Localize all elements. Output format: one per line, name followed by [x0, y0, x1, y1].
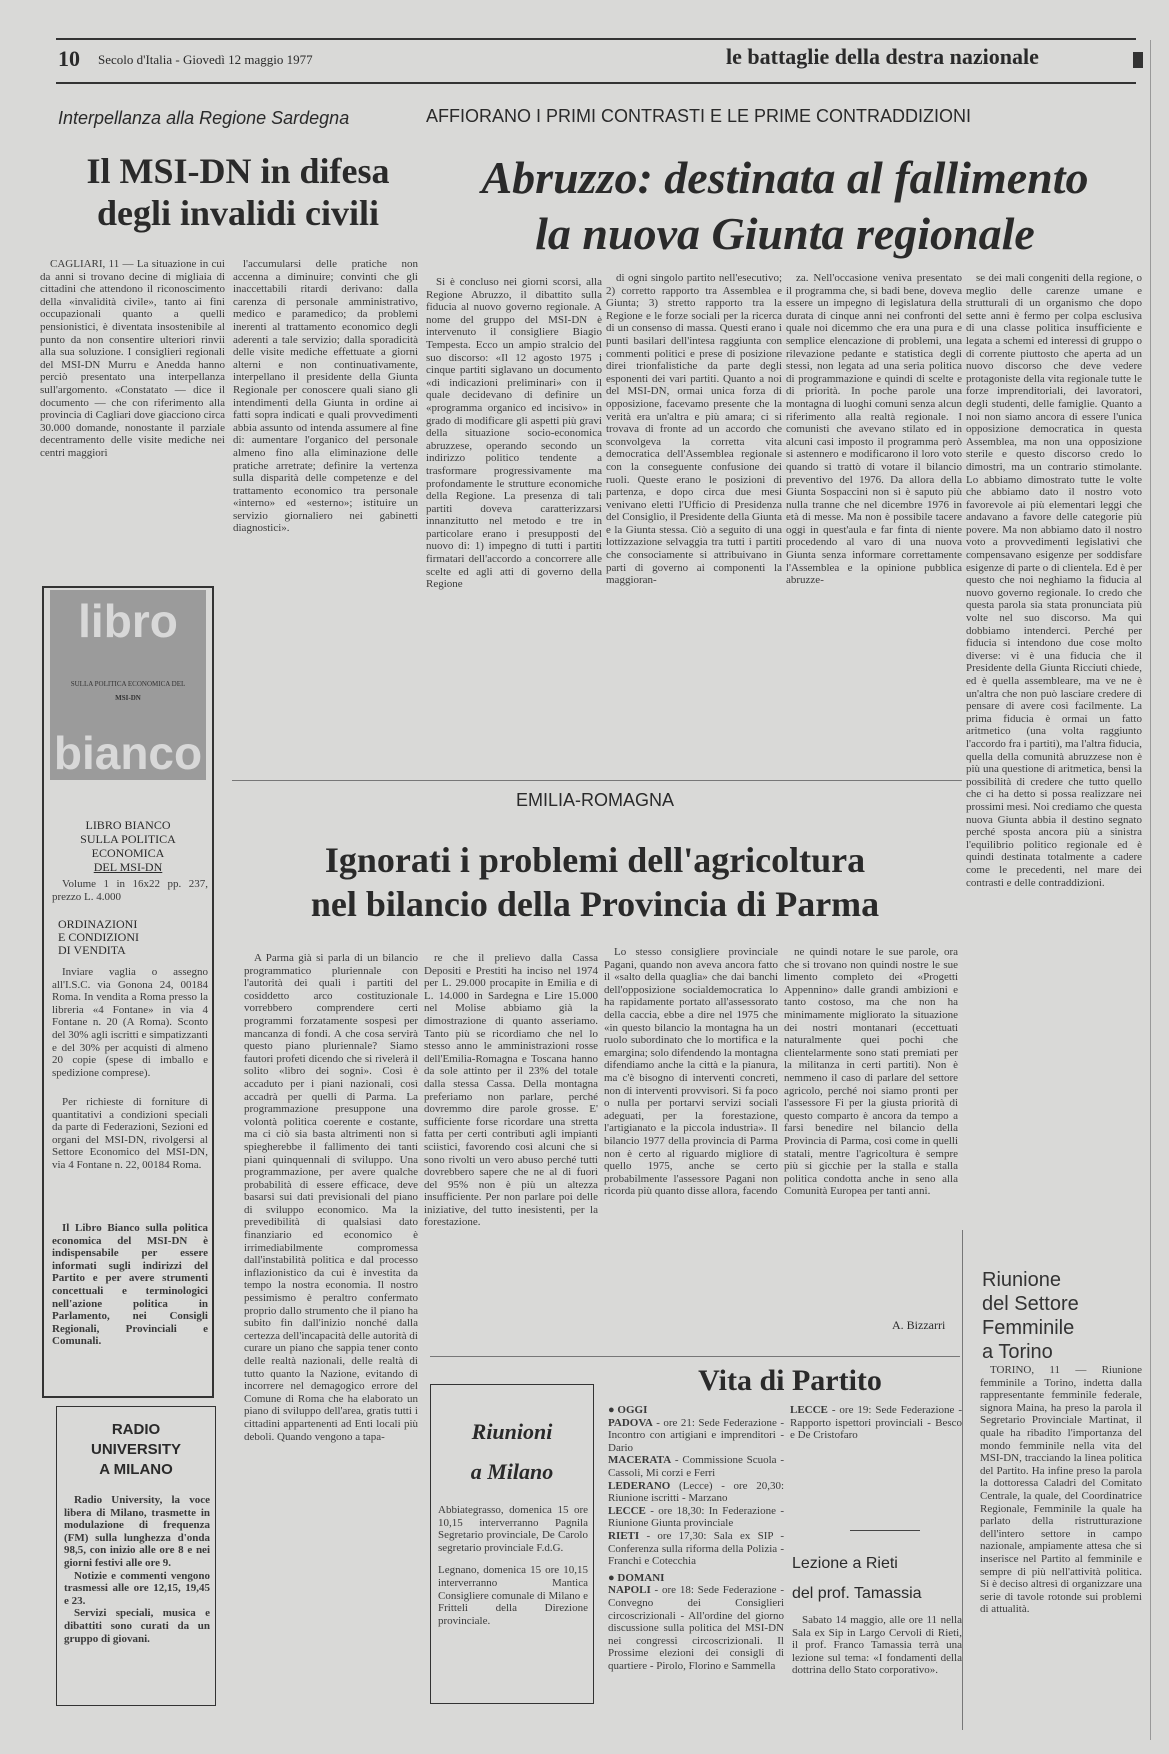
radio-university-text: Radio University, la voce libera di Mila…: [64, 1494, 210, 1694]
article-text: Lo stesso consigliere provinciale Pagani…: [604, 946, 778, 1198]
orders-paragraph: Inviare vaglia o assegno all'I.S.C. via …: [52, 966, 208, 1079]
cover-word-bottom: bianco: [50, 726, 206, 780]
list-item: NAPOLI - ore 18: Sede Federazione - Conv…: [608, 1584, 784, 1672]
headline-abruzzo: Abruzzo: destinata al fallimento la nuov…: [440, 150, 1130, 262]
article-abruzzo-col-1: Si è concluso nei giorni scorsi, alla Re…: [426, 276, 602, 776]
city: MACERATA: [608, 1454, 671, 1466]
article-text: A Parma già si parla di un bilancio prog…: [244, 952, 418, 1443]
title-line: Lezione a Rieti: [792, 1552, 922, 1576]
title-line: a Torino: [982, 1340, 1079, 1364]
masthead-top-rule: [56, 38, 1136, 40]
title-line: a Milano: [434, 1452, 590, 1492]
federations-paragraph: Per richieste di forniture di quantitati…: [52, 1096, 208, 1172]
article-text: se dei mali congeniti della regione, o m…: [966, 272, 1142, 889]
list-item: RIETI - ore 17,30: Sala ex SIP - Confere…: [608, 1530, 784, 1568]
radio-paragraph: Servizi speciali, musica e dibattiti son…: [64, 1607, 210, 1645]
list-item: PADOVA - ore 21: Sede Federazione - Inco…: [608, 1417, 784, 1455]
lezione-paragraph: Sabato 14 maggio, alle ore 11 nella Sala…: [792, 1614, 962, 1677]
headline-msi-invalidi: Il MSI-DN in difesa degli invalidi civil…: [58, 150, 418, 234]
riunioni-milano-text: Abbiategrasso, domenica 15 ore 10,15 int…: [438, 1504, 588, 1694]
article-parma-col-4: ne quindi notare le sue parole, ora che …: [784, 946, 958, 1316]
section-divider: [850, 1530, 920, 1531]
list-item: LEDERANO (Lecce) - ore 20,30: Riunione i…: [608, 1480, 784, 1505]
lezione-rieti-text: Sabato 14 maggio, alle ore 11 nella Sala…: [792, 1614, 962, 1714]
lezione-rieti-title: Lezione a Rieti del prof. Tamassia: [792, 1552, 922, 1606]
heading-line: DI VENDITA: [58, 944, 139, 957]
title-line: Riunioni: [434, 1412, 590, 1452]
city: RIETI: [608, 1530, 639, 1542]
headline-line-2: la nuova Giunta regionale: [440, 206, 1130, 262]
oggi-label-text: OGGI: [617, 1404, 647, 1416]
title-line: del prof. Tamassia: [792, 1582, 922, 1606]
kicker-emilia-romagna: EMILIA-ROMAGNA: [230, 790, 960, 811]
article-text: Si è concluso nei giorni scorsi, alla Re…: [426, 276, 602, 591]
orders-text: Inviare vaglia o assegno all'I.S.C. via …: [52, 966, 208, 1088]
headline-line-1: Abruzzo: destinata al fallimento: [440, 150, 1130, 206]
city: LECCE: [608, 1505, 646, 1517]
section-divider: [232, 780, 962, 781]
riunioni-paragraph: Legnano, domenica 15 ore 10,15 interverr…: [438, 1564, 588, 1627]
article-signature: A. Bizzarri: [892, 1318, 945, 1333]
orders-heading: ORDINAZIONI E CONDIZIONI DI VENDITA: [58, 918, 139, 957]
vita-di-partito-col-2: LECCE - ore 19: Sede Federazione - Rappo…: [790, 1404, 962, 1504]
kicker-abruzzo: AFFIORANO I PRIMI CONTRASTI E LE PRIME C…: [426, 106, 971, 127]
torino-paragraph: TORINO, 11 — Riunione femminile a Torino…: [980, 1364, 1142, 1616]
kicker-sardegna: Interpellanza alla Regione Sardegna: [58, 108, 349, 129]
title-line: del Settore: [982, 1292, 1079, 1316]
closing-paragraph: Il Libro Bianco sulla politica economica…: [52, 1222, 208, 1348]
publication-date: Secolo d'Italia - Giovedì 12 maggio 1977: [98, 52, 313, 68]
closing-text: Il Libro Bianco sulla politica economica…: [52, 1222, 208, 1392]
title-line: UNIVERSITY: [60, 1440, 212, 1460]
article-text: l'accumularsi delle pratiche non accenna…: [233, 258, 418, 535]
article-text: re che il prelievo dalla Cassa Depositi …: [424, 952, 598, 1229]
article-text: CAGLIARI, 11 — La situazione in cui da a…: [40, 258, 225, 460]
domani-label: ● DOMANI: [608, 1572, 784, 1585]
article-msi-col-2: l'accumularsi delle pratiche non accenna…: [233, 258, 418, 818]
masthead-bottom-rule: [56, 82, 1136, 84]
title-line: Femminile: [982, 1316, 1079, 1340]
title-line: A MILANO: [60, 1460, 212, 1480]
volume-text: Volume 1 in 16x22 pp. 237, prezzo L. 4.0…: [52, 878, 208, 903]
column-rule: [962, 1230, 963, 1730]
city: NAPOLI: [608, 1584, 651, 1596]
article-text: za. Nell'occasione veniva presentato il …: [786, 272, 962, 587]
riunioni-milano-title: Riunioni a Milano: [434, 1412, 590, 1492]
city: PADOVA: [608, 1417, 653, 1429]
libro-volume-info: Volume 1 in 16x22 pp. 237, prezzo L. 4.0…: [52, 878, 208, 906]
riunioni-paragraph: Abbiategrasso, domenica 15 ore 10,15 int…: [438, 1504, 588, 1554]
city: LECCE: [790, 1404, 828, 1416]
event-text: ore 18: Sede Federazione - Convegno dei …: [608, 1584, 784, 1672]
headline-line-2: degli invalidi civili: [58, 192, 418, 234]
title-line: RADIO: [60, 1420, 212, 1440]
oggi-label: ● OGGI: [608, 1404, 784, 1417]
section-marker-icon: [1133, 52, 1143, 68]
radio-paragraph: Notizie e commenti vengono trasmessi all…: [64, 1570, 210, 1608]
article-msi-col-1: CAGLIARI, 11 — La situazione in cui da a…: [40, 258, 225, 606]
page-number: 10: [58, 46, 80, 72]
vita-di-partito-col-1: ● OGGI PADOVA - ore 21: Sede Federazione…: [608, 1404, 784, 1744]
headline-line-2: nel bilancio della Provincia di Parma: [230, 882, 960, 926]
vita-di-partito-title: Vita di Partito: [600, 1364, 980, 1398]
domani-label-text: DOMANI: [617, 1572, 664, 1584]
section-title: le battaglie della destra nazionale: [726, 44, 1039, 70]
title-line: ECONOMICA: [50, 846, 206, 860]
title-line: Riunione: [982, 1268, 1079, 1292]
headline-parma: Ignorati i problemi dell'agricoltura nel…: [230, 838, 960, 926]
radio-paragraph: Radio University, la voce libera di Mila…: [64, 1494, 210, 1570]
cover-word-top: libro: [50, 594, 206, 648]
list-item: LECCE - ore 18,30: In Federazione - Riun…: [608, 1505, 784, 1530]
city: LEDERANO: [608, 1480, 670, 1492]
headline-line-1: Il MSI-DN in difesa: [58, 150, 418, 192]
list-item: MACERATA - Commissione Scuola - Cassoli,…: [608, 1454, 784, 1479]
riunione-torino-text: TORINO, 11 — Riunione femminile a Torino…: [980, 1364, 1142, 1744]
libro-bianco-title: LIBRO BIANCO SULLA POLITICA ECONOMICA DE…: [50, 818, 206, 874]
article-parma-col-2: re che il prelievo dalla Cassa Depositi …: [424, 952, 598, 1332]
article-parma-col-3: Lo stesso consigliere provinciale Pagani…: [604, 946, 778, 1332]
title-line: LIBRO BIANCO: [50, 818, 206, 832]
article-abruzzo-col-2: di ogni singolo partito nell'esecutivo; …: [606, 272, 782, 776]
title-line: SULLA POLITICA: [50, 832, 206, 846]
article-text: di ogni singolo partito nell'esecutivo; …: [606, 272, 782, 587]
article-abruzzo-col-3: za. Nell'occasione veniva presentato il …: [786, 272, 962, 776]
article-abruzzo-col-4: se dei mali congeniti della regione, o m…: [966, 272, 1142, 1212]
cover-subtitle: SULLA POLITICA ECONOMICA DEL: [64, 680, 192, 688]
federations-text: Per richieste di forniture di quantitati…: [52, 1096, 208, 1214]
list-item: LECCE - ore 19: Sede Federazione - Rappo…: [790, 1404, 962, 1442]
cover-party: MSI-DN: [64, 694, 192, 702]
libro-bianco-cover-image: libro SULLA POLITICA ECONOMICA DEL MSI-D…: [50, 590, 206, 780]
radio-university-title: RADIO UNIVERSITY A MILANO: [60, 1420, 212, 1480]
section-divider: [430, 1356, 960, 1357]
article-parma-col-1: A Parma già si parla di un bilancio prog…: [244, 952, 418, 1742]
riunione-torino-title: Riunione del Settore Femminile a Torino: [982, 1268, 1079, 1364]
headline-line-1: Ignorati i problemi dell'agricoltura: [230, 838, 960, 882]
column-rule: [1150, 40, 1151, 1740]
article-text: ne quindi notare le sue parole, ora che …: [784, 946, 958, 1198]
title-line: DEL MSI-DN: [50, 860, 206, 874]
